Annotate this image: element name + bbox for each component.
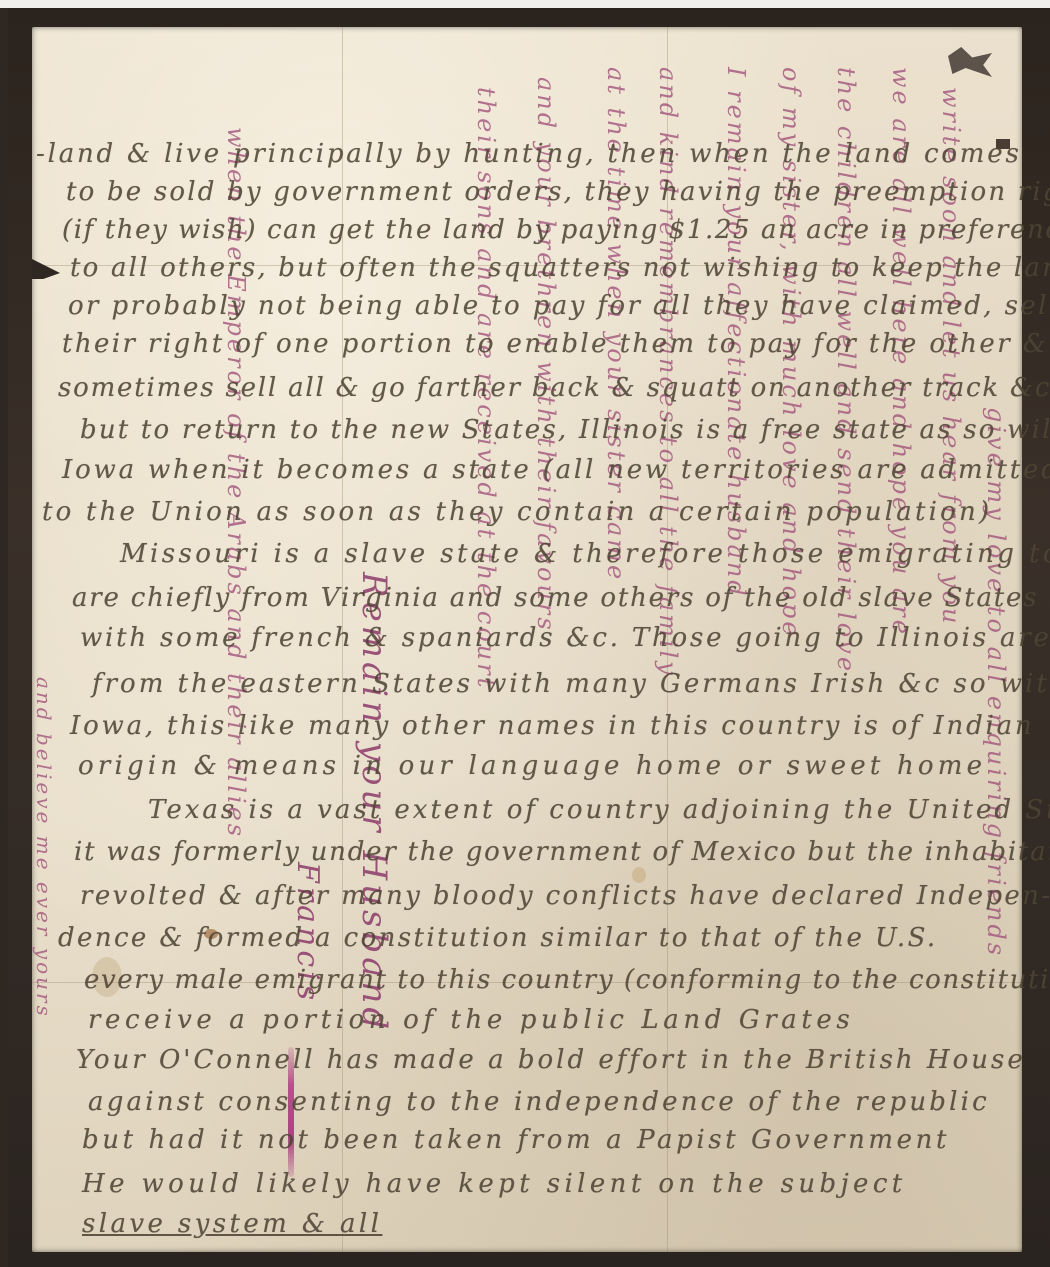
paper-tear [32,259,60,279]
letter-line: but had it not been taken from a Papist … [82,1125,950,1155]
letter-line: against consenting to the independence o… [88,1087,990,1117]
letter-line: their right of one portion to enable the… [62,329,1048,359]
letter-line: Texas is a vast extent of country adjoin… [148,795,1050,825]
letter-line: to the Union as soon as they contain a c… [42,497,992,527]
letter-line: to all others, but often the squatters n… [70,253,1050,283]
ink-blot [948,47,992,77]
letter-line: He would likely have kept silent on the … [82,1169,907,1199]
letter-line: every male emigrant to this country (con… [84,965,1050,995]
letter-line: but to return to the new States, Illinoi… [80,415,1050,445]
letter-line: Missouri is a slave state & therefore th… [120,539,1050,569]
letter-line: from the eastern States with many German… [92,669,1050,699]
letter-line: Your O'Connell has made a bold effort in… [76,1045,1026,1075]
letter-line: origin & means in our language home or s… [78,751,986,781]
letter-line: Iowa when it becomes a state (all new te… [62,455,1050,485]
letter-line: (if they wish) can get the land by payin… [62,215,1050,245]
letter-line: sometimes sell all & go farther back & s… [58,373,1050,403]
letter-line: dence & formed a constitution similar to… [58,923,938,953]
top-edge-strip [0,0,1050,8]
letter-line: Iowa, this like many other names in this… [70,711,1035,741]
letter-line: are chiefly from Virginia and some other… [72,583,1038,613]
cross-written-column: and believe me ever yours [32,677,56,937]
letter-page: when the Emperor of the Arabs and their … [32,27,1022,1252]
letter-line: it was formerly under the government of … [74,837,1050,867]
letter-line: -land & live principally by hunting, the… [36,139,1022,169]
letter-line-closing: slave system & all [82,1209,382,1239]
letter-line: revolted & after many bloody conflicts h… [80,881,1050,911]
letter-line: with some french & spaniards &c. Those g… [80,623,1050,653]
letter-line: or probably not being able to pay for al… [68,291,1050,321]
letter-line: receive a portion of the public Land Gra… [88,1005,854,1035]
letter-line: to be sold by government orders, they ha… [66,177,1050,207]
